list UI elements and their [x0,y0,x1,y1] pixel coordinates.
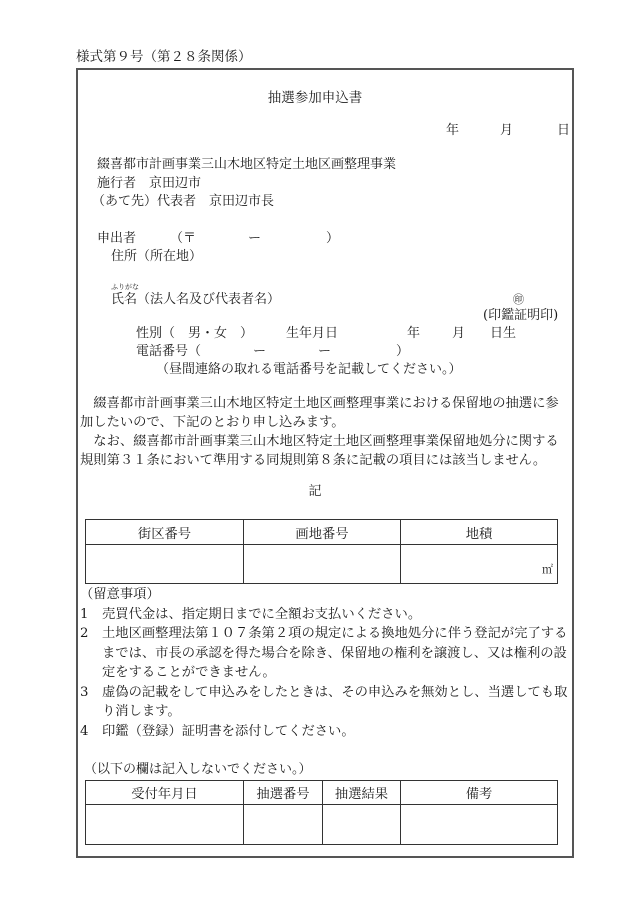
header-block-number: 街区番号 [86,520,244,545]
name-label: 氏名（法人名及び代表者名） [111,292,280,308]
seal-note: (印鑑証明印) [483,308,558,324]
note-text: 土地区画整理法第１０７条第２項の規定による換地処分に伴う登記が完了するまでは、市… [102,624,570,683]
statement-body: 綴喜都市計画事業三山木地区特定土地区画整理事業における保留地の抽選に参加したいの… [80,394,568,470]
project-name: 綴喜都市計画事業三山木地区特定土地区画整理事業 [97,157,396,173]
header-lottery-result: 抽選結果 [323,781,401,805]
lot-table: 街区番号 画地番号 地積 ㎡ [85,519,558,584]
statement-paragraph-2: なお、綴喜都市計画事業三山木地区特定土地区画整理事業保留地処分に関する規則第３１… [80,432,568,470]
birth-day-label: 日生 [490,326,516,342]
ki-heading: 記 [0,484,630,500]
header-area: 地積 [401,520,558,545]
postal-code-field[interactable]: （〒 ー ） [170,231,339,247]
office-table-header: 受付年月日 抽選番号 抽選結果 備考 [86,781,558,805]
seal-mark-icon: ㊞ [513,292,524,308]
note-number: 4 [80,722,102,742]
birthdate-label: 生年月日 [286,326,338,342]
phone-note: （昼間連絡の取れる電話番号を記載してください。） [156,362,462,378]
office-use-note: （以下の欄は記入しないでください。） [84,762,312,778]
notes-section: （留意事項） 1 売買代金は、指定期日までに全額お支払いください。 2 土地区画… [80,585,570,741]
gender-field[interactable]: 性別（ 男・女 ） [136,326,253,342]
statement-paragraph-1: 綴喜都市計画事業三山木地区特定土地区画整理事業における保留地の抽選に参加したいの… [80,394,568,432]
address-label: 住所（所在地） [111,249,202,265]
date-year-label: 年 [446,123,459,139]
birth-month-label: 月 [452,326,465,342]
note-number: 2 [80,624,102,683]
note-text: 売買代金は、指定期日までに全額お支払いください。 [102,605,570,625]
lot-number-cell[interactable] [244,545,401,584]
form-title: 抽選参加申込書 [0,90,630,106]
note-number: 1 [80,605,102,625]
note-item: 2 土地区画整理法第１０７条第２項の規定による換地処分に伴う登記が完了するまでは… [80,624,570,683]
table-row [86,805,558,845]
addressee: （あて先）代表者 京田辺市長 [92,194,274,210]
birth-year-label: 年 [407,326,420,342]
note-item: 4 印鑑（登録）証明書を添付してください。 [80,722,570,742]
header-lottery-number: 抽選番号 [244,781,323,805]
note-item: 1 売買代金は、指定期日までに全額お支払いください。 [80,605,570,625]
header-remarks: 備考 [401,781,558,805]
note-text: 虚偽の記載をして申込みをしたときは、その申込みを無効とし、当選しても取り消します… [102,683,570,722]
furigana-label: ふりがな [111,283,139,291]
notes-heading: （留意事項） [80,585,570,605]
header-received-date: 受付年月日 [86,781,244,805]
operator: 施行者 京田辺市 [97,176,201,192]
lottery-number-cell [244,805,323,845]
header-lot-number: 画地番号 [244,520,401,545]
area-cell[interactable]: ㎡ [401,545,558,584]
note-text: 印鑑（登録）証明書を添付してください。 [102,722,570,742]
phone-field[interactable]: 電話番号（ ー ー ） [136,344,409,360]
office-use-table: 受付年月日 抽選番号 抽選結果 備考 [85,780,558,845]
date-month-label: 月 [500,123,513,139]
applicant-label: 申出者 [97,231,136,247]
remarks-cell [401,805,558,845]
date-day-label: 日 [557,123,570,139]
table-row: ㎡ [86,545,558,584]
lot-table-header: 街区番号 画地番号 地積 [86,520,558,545]
note-number: 3 [80,683,102,722]
note-item: 3 虚偽の記載をして申込みをしたときは、その申込みを無効とし、当選しても取り消し… [80,683,570,722]
lottery-result-cell [323,805,401,845]
block-number-cell[interactable] [86,545,244,584]
form-number: 様式第９号（第２８条関係） [76,49,252,65]
received-date-cell [86,805,244,845]
